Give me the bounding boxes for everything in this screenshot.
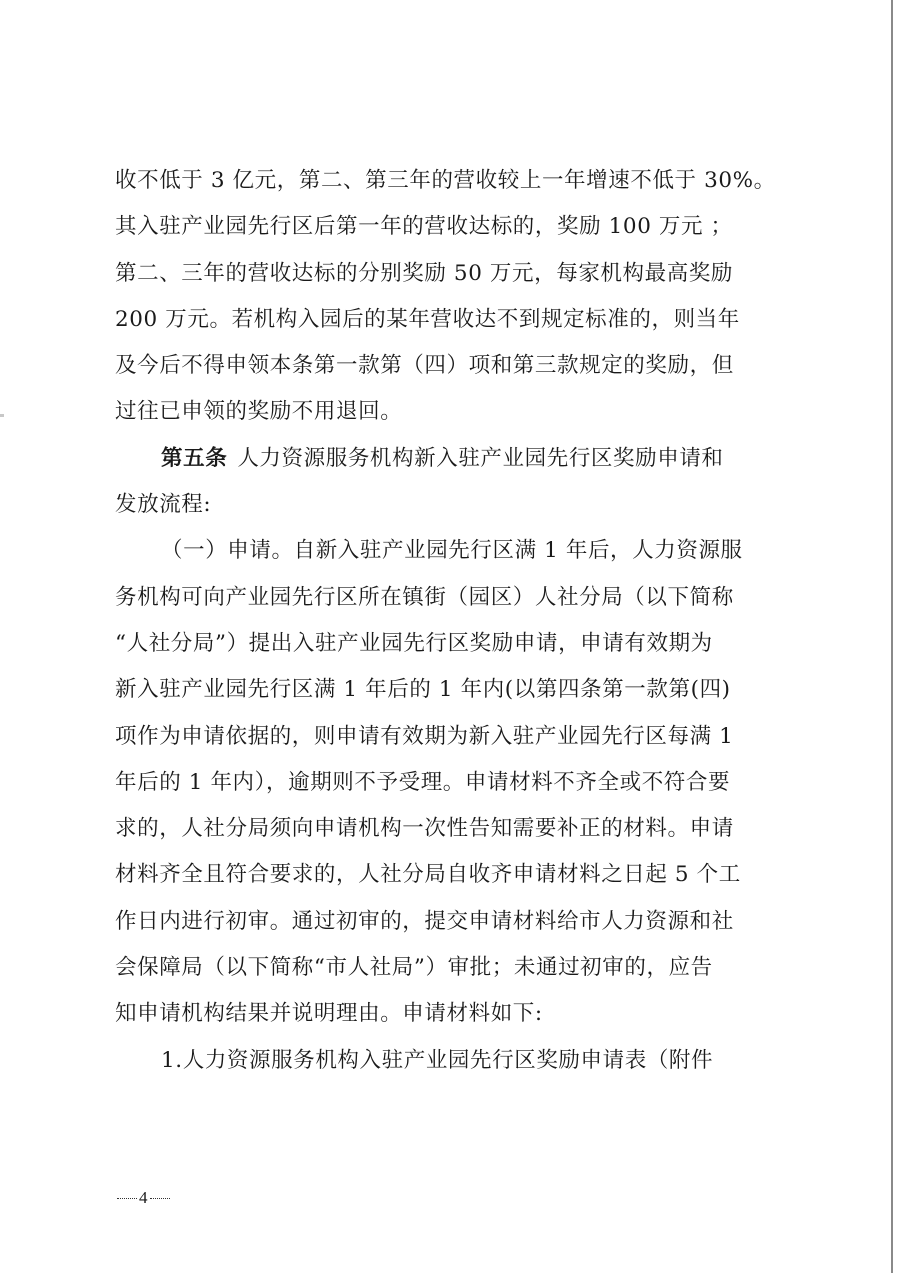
- article-number: 第五条: [161, 446, 227, 471]
- text-line: 年后的 1 年内），逾期则不予受理。申请材料不齐全或不符合要: [115, 760, 795, 806]
- text-line: 材料齐全且符合要求的，人社分局自收齐申请材料之日起 5 个工: [115, 852, 795, 898]
- page-edge-rule: [891, 0, 893, 1273]
- list-item: 1.人力资源服务机构入驻产业园先行区奖励申请表（附件: [115, 1038, 795, 1084]
- page-number: 4: [117, 1188, 170, 1208]
- clause-first-line: （一）申请。自新入驻产业园先行区满 1 年后，人力资源服: [115, 528, 795, 574]
- text-line: 发放流程:: [115, 482, 795, 528]
- page-number-value: 4: [139, 1188, 148, 1208]
- page-number-dash-right: [150, 1198, 170, 1199]
- text-line: 200 万元。若机构入园后的某年营收达不到规定标准的，则当年: [115, 297, 795, 343]
- article-heading-line: 第五条人力资源服务机构新入驻产业园先行区奖励申请和: [115, 436, 795, 482]
- text-line: 务机构可向产业园先行区所在镇街（园区）人社分局（以下简称: [115, 575, 795, 621]
- scan-speck: [0, 414, 4, 417]
- text-line: “人社分局”）提出入驻产业园先行区奖励申请，申请有效期为: [115, 621, 795, 667]
- text-line: 及今后不得申领本条第一款第（四）项和第三款规定的奖励，但: [115, 343, 795, 389]
- document-body: 收不低于 3 亿元，第二、第三年的营收较上一年增速不低于 30%。 其入驻产业园…: [115, 158, 795, 1084]
- text-line: 作日内进行初审。通过初审的，提交申请材料给市人力资源和社: [115, 899, 795, 945]
- text-line: 第二、三年的营收达标的分别奖励 50 万元，每家机构最高奖励: [115, 251, 795, 297]
- text-line: 求的，人社分局须向申请机构一次性告知需要补正的材料。申请: [115, 806, 795, 852]
- text-line: 知申请机构结果并说明理由。申请材料如下:: [115, 991, 795, 1037]
- article-title-text: 人力资源服务机构新入驻产业园先行区奖励申请和: [237, 446, 723, 471]
- text-line: 会保障局（以下简称“市人社局”）审批；未通过初审的，应告: [115, 945, 795, 991]
- text-line: 其入驻产业园先行区后第一年的营收达标的，奖励 100 万元 ；: [115, 204, 795, 250]
- document-page: 收不低于 3 亿元，第二、第三年的营收较上一年增速不低于 30%。 其入驻产业园…: [0, 0, 900, 1273]
- text-line: 收不低于 3 亿元，第二、第三年的营收较上一年增速不低于 30%。: [115, 158, 795, 204]
- text-line: 过往已申领的奖励不用退回。: [115, 389, 795, 435]
- text-line: 新入驻产业园先行区满 1 年后的 1 年内(以第四条第一款第(四): [115, 667, 795, 713]
- page-number-dash-left: [117, 1198, 137, 1199]
- text-line: 项作为申请依据的，则申请有效期为新入驻产业园先行区每满 1: [115, 714, 795, 760]
